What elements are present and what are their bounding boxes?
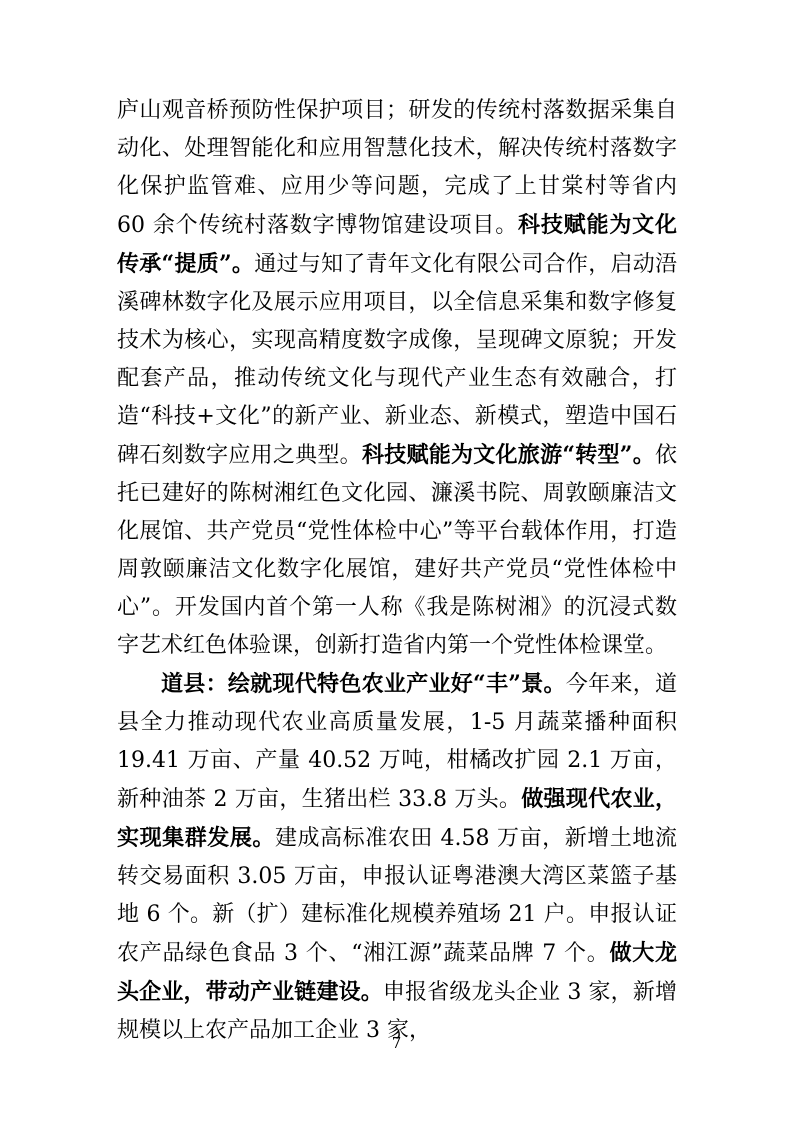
text-run: 通过与知了青年文化有限公司合作，启动浯溪碑林数字化及展示应用项目，以全信息采集和… — [117, 252, 677, 468]
page-footer: 7 — [0, 1033, 793, 1053]
text-run-bold: 道县：绘就现代特色农业产业好“丰”景。 — [161, 671, 566, 697]
text-run-bold: 科技赋能为文化旅游“转型”。 — [362, 442, 655, 468]
document-page: 庐山观音桥预防性保护项目；研发的传统村落数据采集自动化、处理智能化和应用智慧化技… — [0, 0, 793, 1122]
page-number: 7 — [392, 1034, 402, 1052]
paragraph: 庐山观音桥预防性保护项目；研发的传统村落数据采集自动化、处理智能化和应用智慧化技… — [117, 92, 677, 665]
document-body: 庐山观音桥预防性保护项目；研发的传统村落数据采集自动化、处理智能化和应用智慧化技… — [117, 92, 677, 1050]
text-run: 依托已建好的陈树湘红色文化园、濂溪书院、周敦颐廉洁文化展馆、共产党员“党性体检中… — [117, 443, 677, 658]
paragraph: 道县：绘就现代特色农业产业好“丰”景。今年来，道县全力推动现代农业高质量发展，1… — [117, 665, 677, 1050]
